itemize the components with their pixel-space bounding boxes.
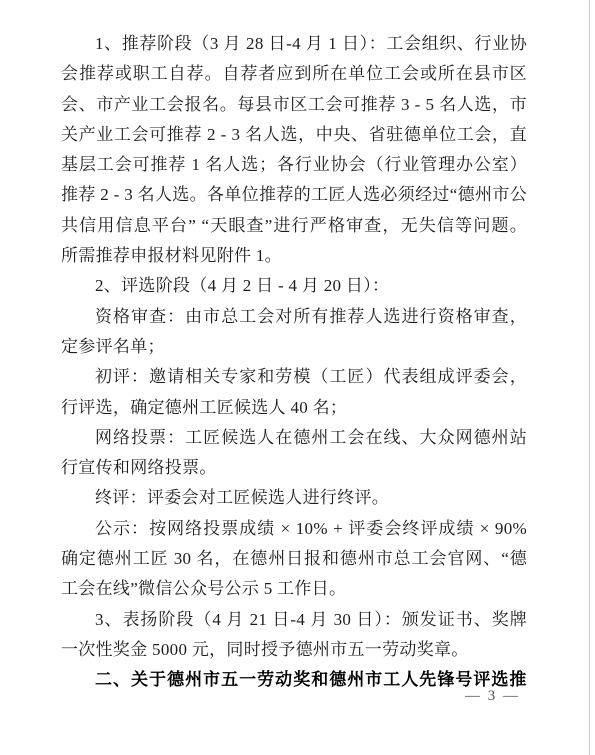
text-line: 网络投票：工匠候选人在德州工会在线、大众网德州站进 [61, 423, 527, 453]
text-line: 定参评名单； [61, 332, 527, 362]
text-line: 初评：邀请相关专家和劳模（工匠）代表组成评委会，进 [61, 362, 527, 392]
paragraph: 网络投票：工匠候选人在德州工会在线、大众网德州站进行宣传和网络投票。 [61, 423, 527, 484]
page-number: — 3 — [0, 687, 520, 705]
text-line: 工会在线”微信公众号公示 5 工作日。 [61, 574, 527, 604]
text-line: 2、评选阶段（4 月 2 日 - 4 月 20 日）： [61, 271, 527, 301]
paragraph: 公示：按网络投票成绩 × 10% + 评委会终评成绩 × 90%之和确定德州工匠… [61, 514, 527, 605]
paragraph: 1、推荐阶段（3 月 28 日-4 月 1 日）：工会组织、行业协会推荐或职工自… [61, 29, 527, 271]
text-line: 推荐 2 - 3 名人选。各单位推荐的工匠人选必须经过“德州市公 [61, 180, 527, 210]
document-page: 1、推荐阶段（3 月 28 日-4 月 1 日）：工会组织、行业协会推荐或职工自… [0, 0, 595, 755]
text-line: 1、推荐阶段（3 月 28 日-4 月 1 日）：工会组织、行业协 [61, 29, 527, 59]
text-line: 会推荐或职工自荐。自荐者应到所在单位工会或所在县市区工 [61, 59, 527, 89]
text-line: 基层工会可推荐 1 名人选；各行业协会（行业管理办公室）可 [61, 150, 527, 180]
text-line: 行宣传和网络投票。 [61, 453, 527, 483]
text-line: 关产业工会可推荐 2 - 3 名人选，中央、省驻德单位工会，直属 [61, 120, 527, 150]
document-body: 1、推荐阶段（3 月 28 日-4 月 1 日）：工会组织、行业协会推荐或职工自… [61, 29, 527, 696]
paragraph: 2、评选阶段（4 月 2 日 - 4 月 20 日）： [61, 271, 527, 301]
text-line: 终评：评委会对工匠候选人进行终评。 [61, 483, 527, 513]
text-line: 公示：按网络投票成绩 × 10% + 评委会终评成绩 × 90%之和 [61, 514, 527, 544]
paragraph: 终评：评委会对工匠候选人进行终评。 [61, 483, 527, 513]
paragraph: 3、表扬阶段（4 月 21 日-4 月 30 日）：颁发证书、奖牌和一次性奖金 … [61, 605, 527, 666]
paragraph: 初评：邀请相关专家和劳模（工匠）代表组成评委会，进行评选，确定德州工匠候选人 4… [61, 362, 527, 423]
text-line: 行评选，确定德州工匠候选人 40 名； [61, 393, 527, 423]
scan-edge-line [589, 0, 590, 755]
paragraph: 资格审查：由市总工会对所有推荐人选进行资格审查，确定参评名单； [61, 302, 527, 363]
text-line: 3、表扬阶段（4 月 21 日-4 月 30 日）：颁发证书、奖牌和 [61, 605, 527, 635]
text-line: 会、市产业工会报名。每县市区工会可推荐 3 - 5 名人选，市相 [61, 90, 527, 120]
text-line: 资格审查：由市总工会对所有推荐人选进行资格审查，确 [61, 302, 527, 332]
text-line: 确定德州工匠 30 名，在德州日报和德州市总工会官网、“德州 [61, 544, 527, 574]
text-line: 共信用信息平台” “天眼查”进行严格审查，无失信等问题。 [61, 211, 527, 241]
text-line: 所需推荐申报材料见附件 1。 [61, 241, 527, 271]
text-line: 一次性奖金 5000 元，同时授予德州市五一劳动奖章。 [61, 635, 527, 665]
